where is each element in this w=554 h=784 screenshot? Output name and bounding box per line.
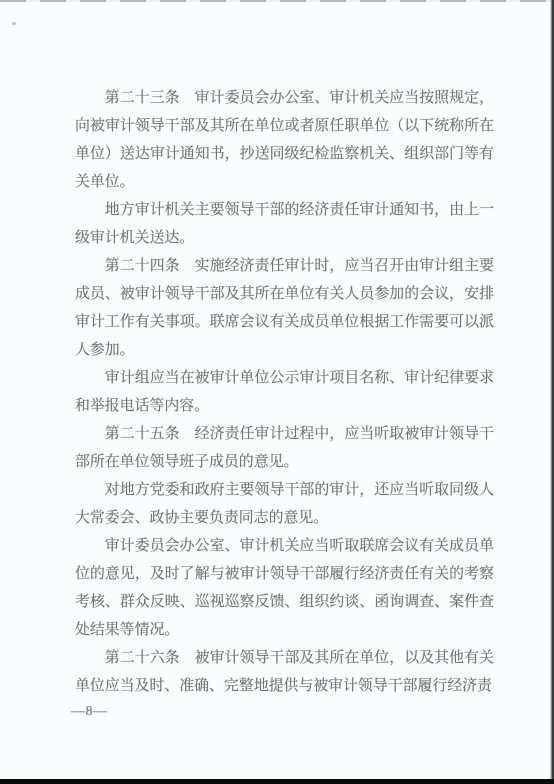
paragraph-article-23-delivery: 地方审计机关主要领导干部的经济责任审计通知书，由上一级审计机关送达。: [75, 196, 494, 252]
scanned-document-page: 第二十三条 审计委员会办公室、审计机关应当按照规定，向被审计领导干部及其所在单位…: [0, 0, 554, 784]
paragraph-article-25-joint-meeting: 审计委员会办公室、审计机关应当听取联席会议有关成员单位的意见，及时了解与被审计领…: [75, 532, 494, 644]
paragraph-article-23: 第二十三条 审计委员会办公室、审计机关应当按照规定，向被审计领导干部及其所在单位…: [75, 84, 494, 196]
scan-edge-bottom: [0, 779, 554, 784]
scan-edge-top: [0, 0, 554, 2]
page-number: —8—: [71, 702, 108, 722]
paragraph-article-26: 第二十六条 被审计领导干部及其所在单位，以及其他有关单位应当及时、准确、完整地提…: [75, 644, 494, 700]
document-body: 第二十三条 审计委员会办公室、审计机关应当按照规定，向被审计领导干部及其所在单位…: [75, 84, 494, 700]
paragraph-article-24-publicity: 审计组应当在被审计单位公示审计项目名称、审计纪律要求和举报电话等内容。: [75, 364, 494, 420]
paragraph-article-24: 第二十四条 实施经济责任审计时，应当召开由审计组主要成员、被审计领导干部及其所在…: [75, 252, 494, 364]
scan-noise-speck: [12, 22, 16, 25]
paragraph-article-25: 第二十五条 经济责任审计过程中，应当听取被审计领导干部所在单位领导班子成员的意见…: [75, 420, 494, 476]
paragraph-article-25-local: 对地方党委和政府主要领导干部的审计，还应当听取同级人大常委会、政协主要负责同志的…: [75, 476, 494, 532]
scan-edge-right: [550, 0, 554, 784]
